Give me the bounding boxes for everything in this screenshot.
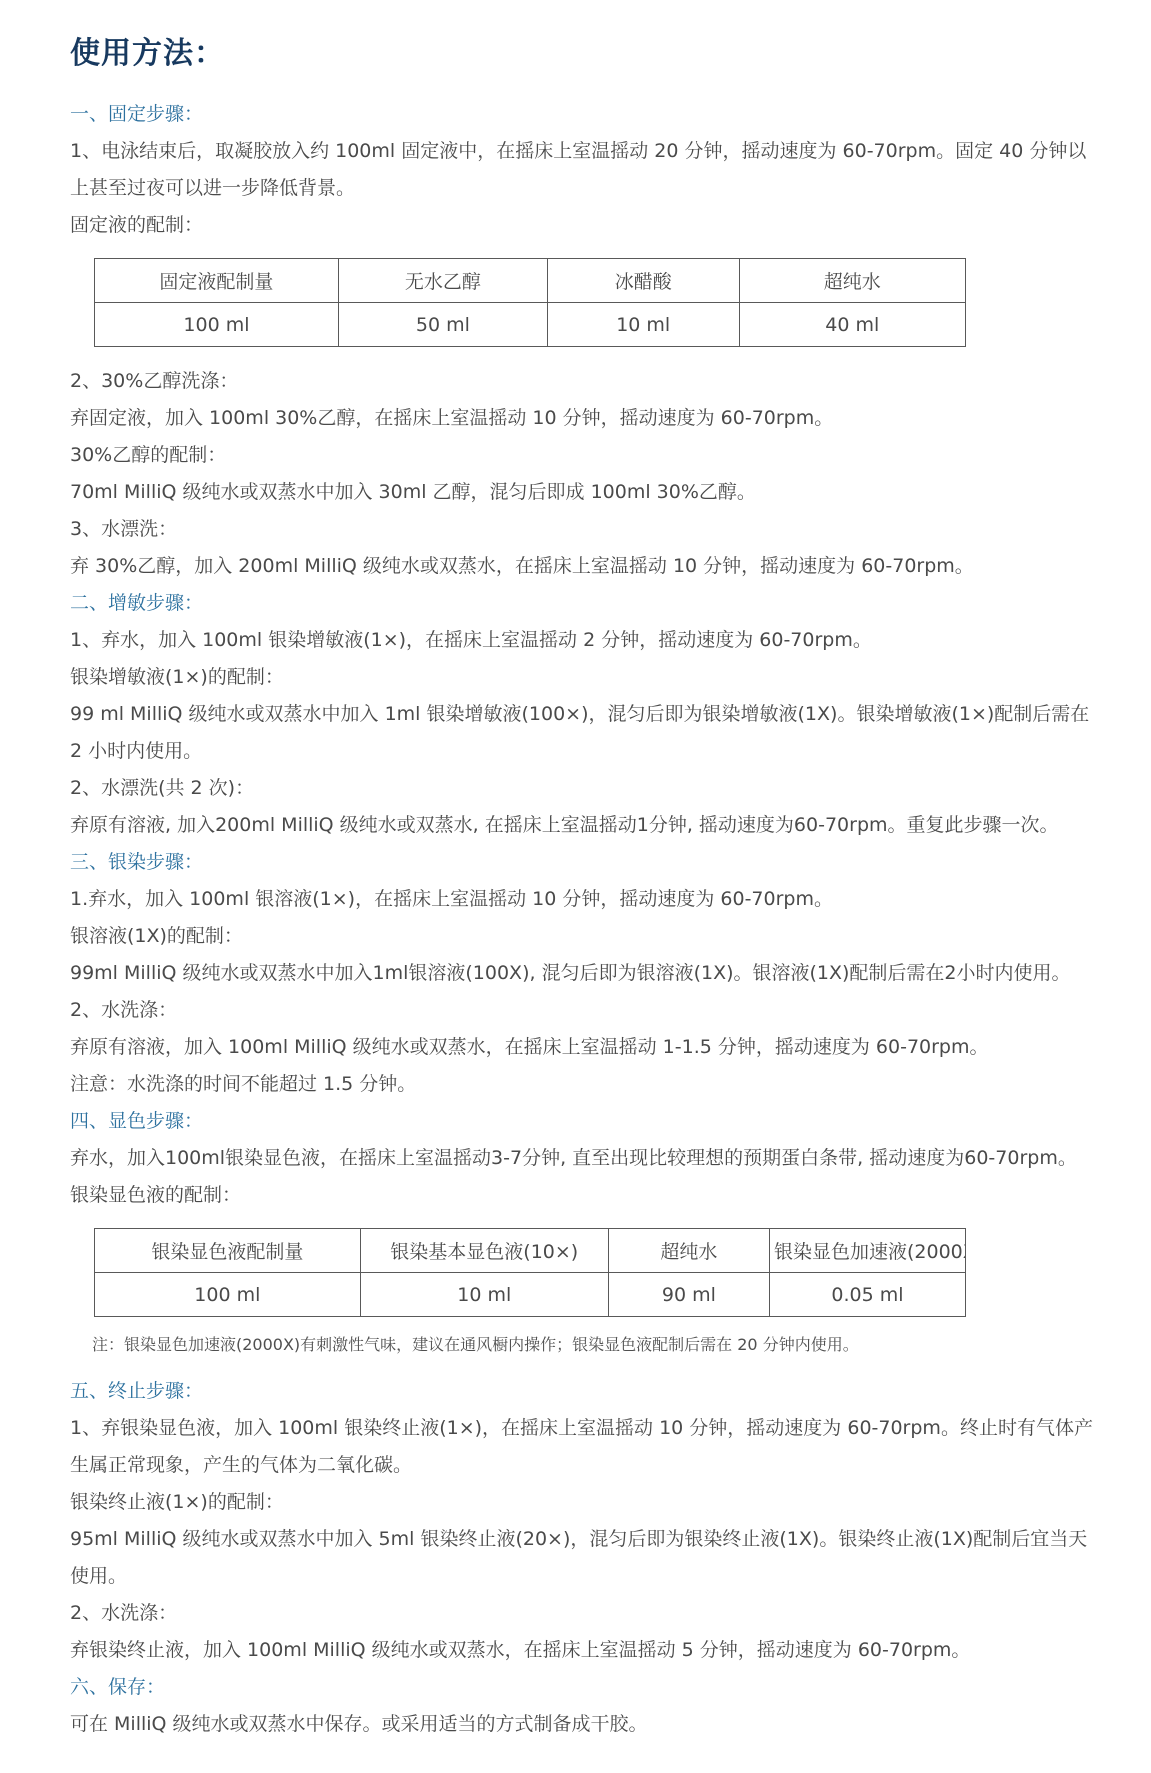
section-heading-sensitizing: 二、增敏步骤： (70, 585, 1093, 622)
section-silver-staining: 三、银染步骤： 1.弃水，加入 100ml 银溶液(1×)，在摇床上室温摇动 1… (70, 844, 1093, 1103)
paragraph: 银溶液(1X)的配制： (70, 918, 1093, 955)
table-value-cell: 100 ml (95, 303, 339, 347)
paragraph: 弃银染终止液，加入 100ml MilliQ 级纯水或双蒸水，在摇床上室温摇动 … (70, 1632, 1093, 1669)
table-header-row: 银染显色液配制量 银染基本显色液(10×) 超纯水 银染显色加速液(2000X) (95, 1229, 966, 1273)
paragraph: 30%乙醇的配制： (70, 437, 1093, 474)
table-value-row: 100 ml 50 ml 10 ml 40 ml (95, 303, 966, 347)
paragraph: 弃水，加入100ml银染显色液，在摇床上室温摇动3-7分钟, 直至出现比较理想的… (70, 1140, 1093, 1177)
paragraph: 固定液的配制： (70, 207, 1093, 244)
table-value-row: 100 ml 10 ml 90 ml 0.05 ml (95, 1273, 966, 1317)
table-value-cell: 90 ml (608, 1273, 769, 1317)
table-value-cell: 50 ml (338, 303, 547, 347)
table-header-cell: 银染显色液配制量 (95, 1229, 361, 1273)
table-note: 注：银染显色加速液(2000X)有刺激性气味，建议在通风橱内操作；银染显色液配制… (92, 1333, 1093, 1357)
paragraph: 弃 30%乙醇，加入 200ml MilliQ 级纯水或双蒸水，在摇床上室温摇动… (70, 548, 1093, 585)
paragraph: 可在 MilliQ 级纯水或双蒸水中保存。或采用适当的方式制备成干胶。 (70, 1706, 1093, 1743)
paragraph: 3、水漂洗： (70, 511, 1093, 548)
section-storage: 六、保存： 可在 MilliQ 级纯水或双蒸水中保存。或采用适当的方式制备成干胶… (70, 1669, 1093, 1743)
paragraph: 注意：水洗涤的时间不能超过 1.5 分钟。 (70, 1066, 1093, 1103)
table-header-cell: 超纯水 (739, 259, 965, 303)
paragraph: 1、电泳结束后，取凝胶放入约 100ml 固定液中，在摇床上室温摇动 20 分钟… (70, 133, 1093, 207)
table-header-cell: 银染显色加速液(2000X) (770, 1229, 966, 1273)
page-title: 使用方法： (70, 28, 1093, 72)
table-header-cell: 超纯水 (608, 1229, 769, 1273)
paragraph: 弃固定液，加入 100ml 30%乙醇，在摇床上室温摇动 10 分钟，摇动速度为… (70, 400, 1093, 437)
section-stopping: 五、终止步骤： 1、弃银染显色液，加入 100ml 银染终止液(1×)，在摇床上… (70, 1373, 1093, 1669)
section-fixing: 一、固定步骤： 1、电泳结束后，取凝胶放入约 100ml 固定液中，在摇床上室温… (70, 96, 1093, 585)
table-value-cell: 100 ml (95, 1273, 361, 1317)
table-header-row: 固定液配制量 无水乙醇 冰醋酸 超纯水 (95, 259, 966, 303)
section-heading-fixing: 一、固定步骤： (70, 96, 1093, 133)
document-page: 使用方法： 一、固定步骤： 1、电泳结束后，取凝胶放入约 100ml 固定液中，… (0, 0, 1151, 1773)
paragraph: 1、弃银染显色液，加入 100ml 银染终止液(1×)，在摇床上室温摇动 10 … (70, 1410, 1093, 1484)
table-header-cell: 无水乙醇 (338, 259, 547, 303)
section-developing: 四、显色步骤： 弃水，加入100ml银染显色液，在摇床上室温摇动3-7分钟, 直… (70, 1103, 1093, 1357)
section-heading-stopping: 五、终止步骤： (70, 1373, 1093, 1410)
developer-table: 银染显色液配制量 银染基本显色液(10×) 超纯水 银染显色加速液(2000X)… (94, 1228, 966, 1317)
paragraph: 99 ml MilliQ 级纯水或双蒸水中加入 1ml 银染增敏液(100×)，… (70, 696, 1093, 770)
paragraph: 2、水漂洗(共 2 次)： (70, 770, 1093, 807)
paragraph: 1.弃水，加入 100ml 银溶液(1×)，在摇床上室温摇动 10 分钟，摇动速… (70, 881, 1093, 918)
paragraph: 弃原有溶液, 加入200ml MilliQ 级纯水或双蒸水, 在摇床上室温摇动1… (70, 807, 1093, 844)
paragraph: 银染显色液的配制： (70, 1177, 1093, 1214)
paragraph: 2、水洗涤： (70, 992, 1093, 1029)
paragraph: 2、水洗涤： (70, 1595, 1093, 1632)
paragraph: 95ml MilliQ 级纯水或双蒸水中加入 5ml 银染终止液(20×)，混匀… (70, 1521, 1093, 1595)
table-header-cell: 冰醋酸 (547, 259, 739, 303)
paragraph: 银染增敏液(1×)的配制： (70, 659, 1093, 696)
section-heading-storage: 六、保存： (70, 1669, 1093, 1706)
paragraph: 弃原有溶液，加入 100ml MilliQ 级纯水或双蒸水，在摇床上室温摇动 1… (70, 1029, 1093, 1066)
table-value-cell: 10 ml (547, 303, 739, 347)
fixative-table: 固定液配制量 无水乙醇 冰醋酸 超纯水 100 ml 50 ml 10 ml 4… (94, 258, 966, 347)
paragraph: 70ml MilliQ 级纯水或双蒸水中加入 30ml 乙醇，混匀后即成 100… (70, 474, 1093, 511)
table-header-cell: 固定液配制量 (95, 259, 339, 303)
table-header-cell: 银染基本显色液(10×) (360, 1229, 608, 1273)
section-heading-silver-staining: 三、银染步骤： (70, 844, 1093, 881)
table-value-cell: 10 ml (360, 1273, 608, 1317)
paragraph: 1、弃水，加入 100ml 银染增敏液(1×)，在摇床上室温摇动 2 分钟，摇动… (70, 622, 1093, 659)
section-heading-developing: 四、显色步骤： (70, 1103, 1093, 1140)
section-sensitizing: 二、增敏步骤： 1、弃水，加入 100ml 银染增敏液(1×)，在摇床上室温摇动… (70, 585, 1093, 844)
paragraph: 99ml MilliQ 级纯水或双蒸水中加入1ml银溶液(100X), 混匀后即… (70, 955, 1093, 992)
table-value-cell: 0.05 ml (770, 1273, 966, 1317)
table-value-cell: 40 ml (739, 303, 965, 347)
paragraph: 2、30%乙醇洗涤： (70, 363, 1093, 400)
paragraph: 银染终止液(1×)的配制： (70, 1484, 1093, 1521)
